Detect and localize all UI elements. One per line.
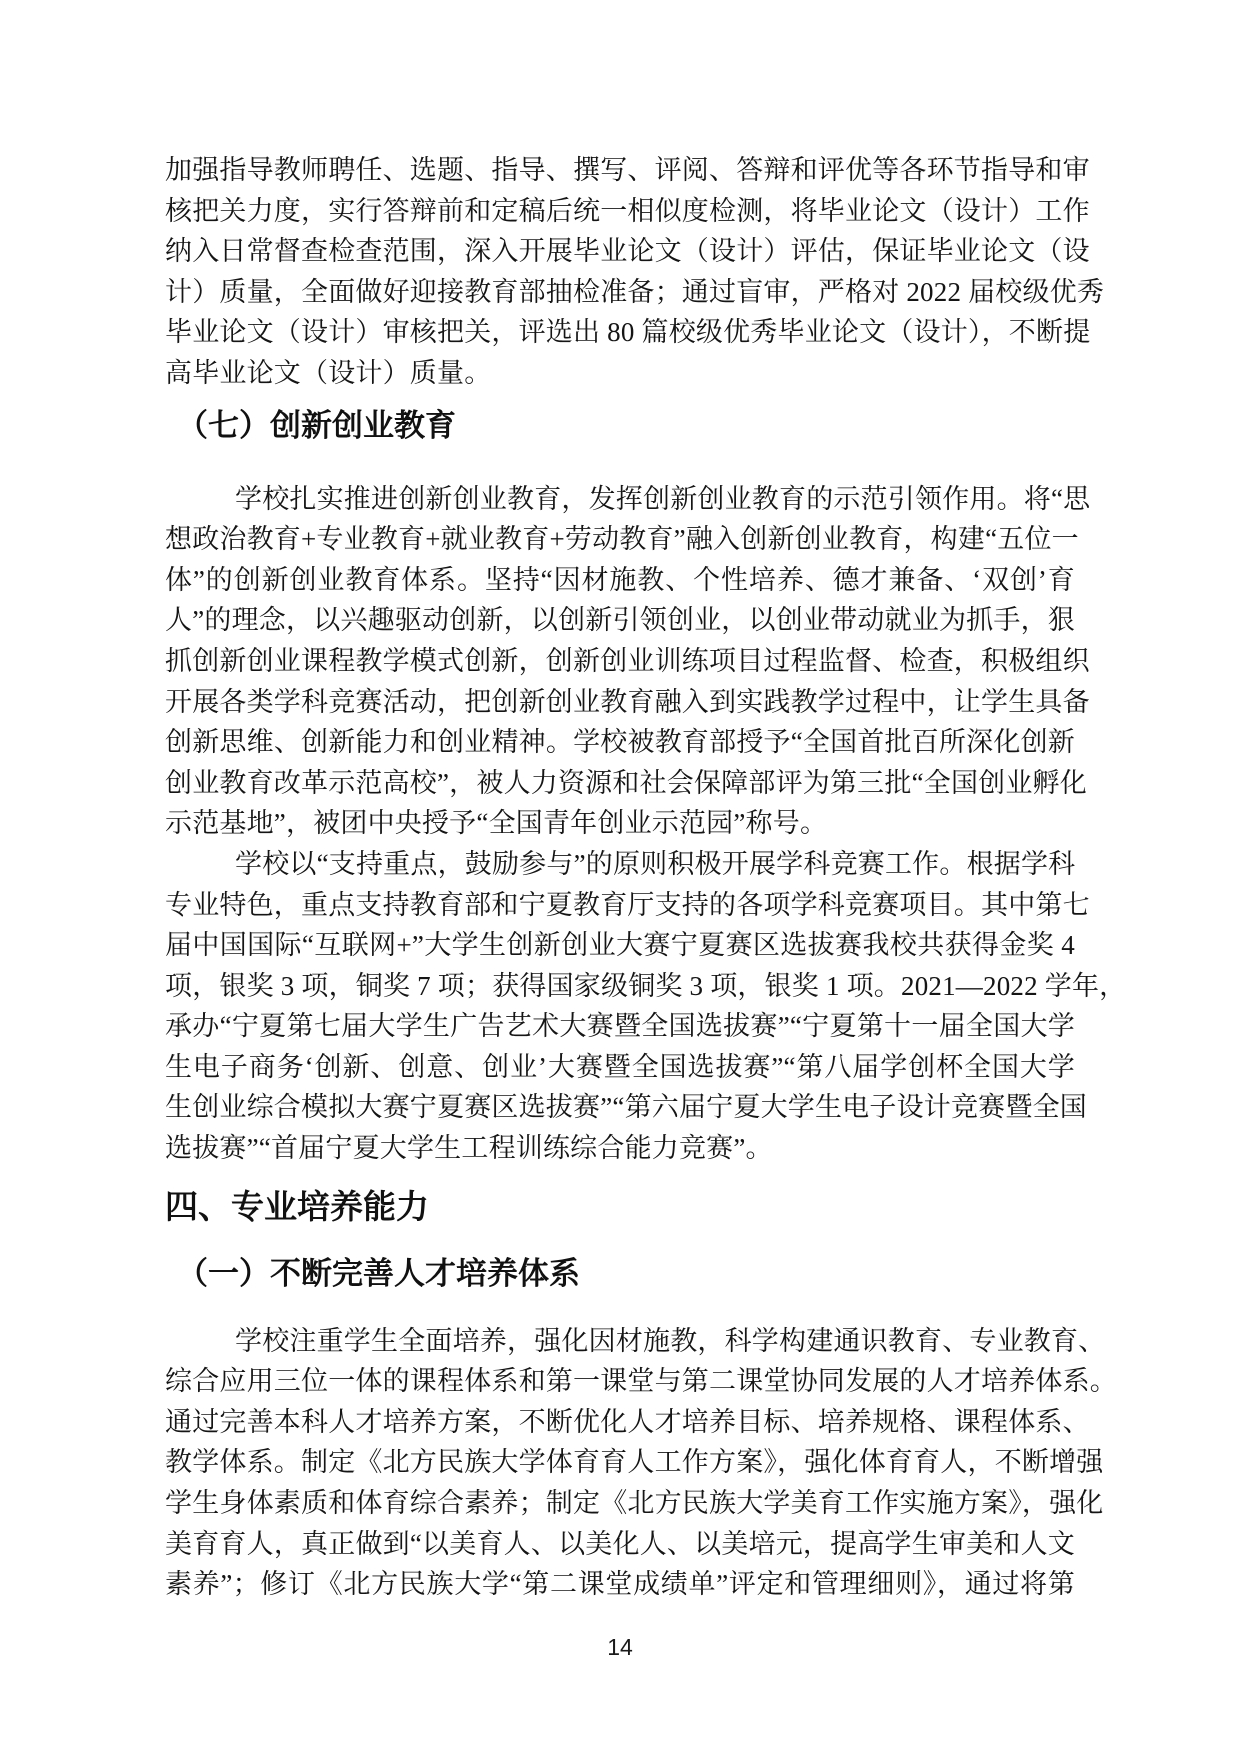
document-content: 加强指导教师聘任、选题、指导、撰写、评阅、答辩和评优等各环节指导和审核把关力度，… <box>165 150 1075 1605</box>
page-number: 14 <box>0 1632 1240 1662</box>
text-line: 学生身体素质和体育综合素养；制定《北方民族大学美育工作实施方案》，强化 <box>165 1483 1075 1524</box>
text-line: 高毕业论文（设计）质量。 <box>165 353 1075 394</box>
text-line: 届中国国际“互联网+”大学生创新创业大赛宁夏赛区选拔赛我校共获得金奖 4 <box>165 925 1075 966</box>
para-competitions: 学校以“支持重点，鼓励参与”的原则积极开展学科竞赛工作。根据学科专业特色，重点支… <box>165 844 1075 1169</box>
heading-talent: （一）不断完善人才培养体系 <box>165 1253 1075 1295</box>
document-page: 加强指导教师聘任、选题、指导、撰写、评阅、答辩和评优等各环节指导和审核把关力度，… <box>0 0 1240 1753</box>
text-line: 项，银奖 3 项，铜奖 7 项；获得国家级铜奖 3 项，银奖 1 项。2021—… <box>165 966 1075 1007</box>
text-line: 生电子商务‘创新、创意、创业’大赛暨全国选拔赛”“第八届学创杯全国大学 <box>165 1047 1075 1088</box>
text-line: 教学体系。制定《北方民族大学体育育人工作方案》，强化体育育人，不断增强 <box>165 1442 1075 1483</box>
text-line: 想政治教育+专业教育+就业教育+劳动教育”融入创新创业教育，构建“五位一 <box>165 519 1075 560</box>
para-talent-system: 学校注重学生全面培养，强化因材施教，科学构建通识教育、专业教育、综合应用三位一体… <box>165 1321 1075 1605</box>
text-line: 选拔赛”“首届宁夏大学生工程训练综合能力竞赛”。 <box>165 1128 1075 1169</box>
text-line: 创业教育改革示范高校”，被人力资源和社会保障部评为第三批“全国创业孵化 <box>165 763 1075 804</box>
heading-innovation: （七）创新创业教育 <box>165 405 1075 447</box>
text-line: 开展各类学科竞赛活动，把创新创业教育融入到实践教学过程中，让学生具备 <box>165 682 1075 723</box>
text-line: 抓创新创业课程教学模式创新，创新创业训练项目过程监督、检查，积极组织 <box>165 641 1075 682</box>
text-line: 专业特色，重点支持教育部和宁夏教育厅支持的各项学科竞赛项目。其中第七 <box>165 885 1075 926</box>
text-line: 通过完善本科人才培养方案，不断优化人才培养目标、培养规格、课程体系、 <box>165 1402 1075 1443</box>
text-line: 美育育人，真正做到“以美育人、以美化人、以美培元，提高学生审美和人文 <box>165 1524 1075 1565</box>
text-line: 示范基地”，被团中央授予“全国青年创业示范园”称号。 <box>165 803 1075 844</box>
para-innovation-education: 学校扎实推进创新创业教育，发挥创新创业教育的示范引领作用。将“思想政治教育+专业… <box>165 479 1075 844</box>
text-line: 生创业综合模拟大赛宁夏赛区选拔赛”“第六届宁夏大学生电子设计竞赛暨全国 <box>165 1087 1075 1128</box>
text-line: 纳入日常督查检查范围，深入开展毕业论文（设计）评估，保证毕业论文（设 <box>165 231 1075 272</box>
heading-section-four: 四、专业培养能力 <box>165 1185 1075 1229</box>
text-line: 人”的理念，以兴趣驱动创新，以创新引领创业，以创业带动就业为抓手，狠 <box>165 600 1075 641</box>
text-line: 学校扎实推进创新创业教育，发挥创新创业教育的示范引领作用。将“思 <box>165 479 1075 520</box>
text-line: 素养”；修订《北方民族大学“第二课堂成绩单”评定和管理细则》，通过将第 <box>165 1564 1075 1605</box>
text-line: 学校以“支持重点，鼓励参与”的原则积极开展学科竞赛工作。根据学科 <box>165 844 1075 885</box>
text-line: 体”的创新创业教育体系。坚持“因材施教、个性培养、德才兼备、‘双创’育 <box>165 560 1075 601</box>
text-line: 创新思维、创新能力和创业精神。学校被教育部授予“全国首批百所深化创新 <box>165 722 1075 763</box>
text-line: 计）质量，全面做好迎接教育部抽检准备；通过盲审，严格对 2022 届校级优秀 <box>165 272 1075 313</box>
text-line: 承办“宁夏第七届大学生广告艺术大赛暨全国选拔赛”“宁夏第十一届全国大学 <box>165 1006 1075 1047</box>
text-line: 加强指导教师聘任、选题、指导、撰写、评阅、答辩和评优等各环节指导和审 <box>165 150 1075 191</box>
para-thesis-quality: 加强指导教师聘任、选题、指导、撰写、评阅、答辩和评优等各环节指导和审核把关力度，… <box>165 150 1075 394</box>
text-line: 综合应用三位一体的课程体系和第一课堂与第二课堂协同发展的人才培养体系。 <box>165 1361 1075 1402</box>
text-line: 毕业论文（设计）审核把关，评选出 80 篇校级优秀毕业论文（设计），不断提 <box>165 312 1075 353</box>
text-line: 学校注重学生全面培养，强化因材施教，科学构建通识教育、专业教育、 <box>165 1321 1075 1362</box>
text-line: 核把关力度，实行答辩前和定稿后统一相似度检测，将毕业论文（设计）工作 <box>165 191 1075 232</box>
